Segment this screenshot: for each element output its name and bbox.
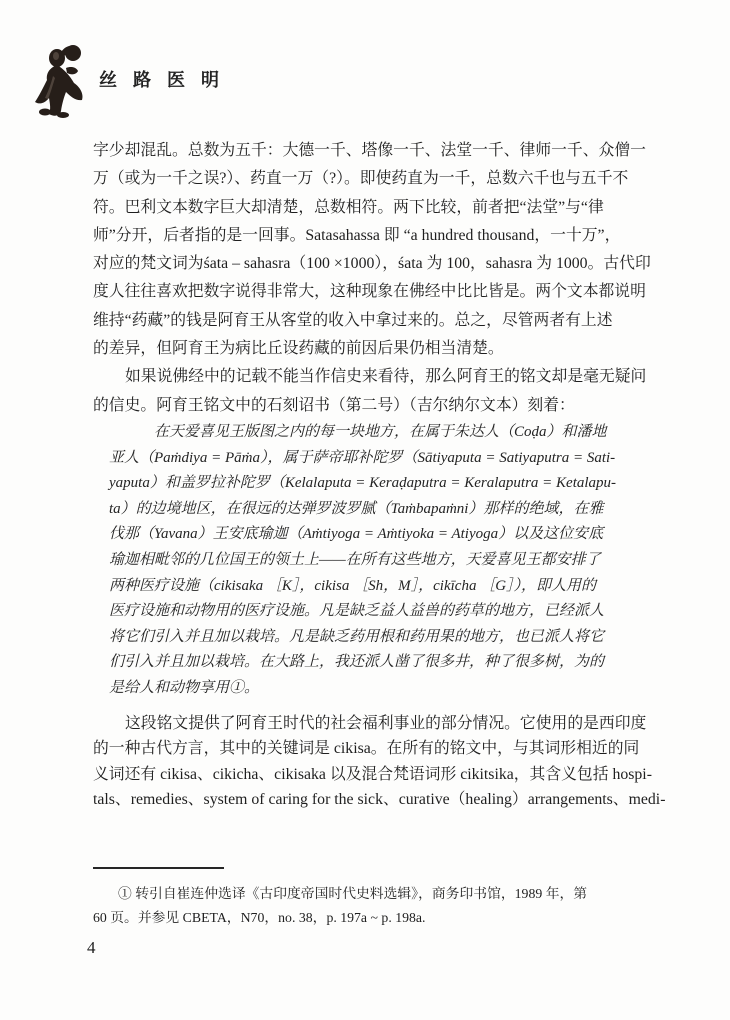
main-text: 字少却混乱。总数为五千：大德一千、塔像一千、法堂一千、律师一千、众僧一万（或为一… bbox=[93, 137, 647, 813]
text-line: 的差异，但阿育王为病比丘设药藏的前因后果仍相当清楚。 bbox=[93, 335, 647, 363]
text-line: ① 转引自崔连仲选译《古印度帝国时代史料选辑》，商务印书馆，1989 年，第 bbox=[93, 882, 649, 906]
text-line: yaputa）和盖罗拉补陀罗（Kelalaputa = Keraḍaputra … bbox=[109, 471, 621, 497]
footnote: ① 转引自崔连仲选译《古印度帝国时代史料选辑》，商务印书馆，1989 年，第60… bbox=[93, 882, 649, 929]
page-number: 4 bbox=[87, 938, 96, 958]
text-line: 的信史。阿育王铭文中的石刻诏书（第二号）（吉尔纳尔文本）刻着： bbox=[93, 392, 647, 420]
text-line: 对应的梵文词为śata – sahasra（100 ×1000），śata 为 … bbox=[93, 250, 647, 278]
text-line: 医疗设施和动物用的医疗设施。凡是缺乏益人益兽的药草的地方，已经派人 bbox=[109, 599, 621, 625]
block-quote-ashoka-edict: 在天爱喜见王版图之内的每一块地方，在属于朱达人（Coḍa）和潘地亚人（Paṁdi… bbox=[109, 420, 621, 702]
text-line: 在天爱喜见王版图之内的每一块地方，在属于朱达人（Coḍa）和潘地 bbox=[109, 420, 621, 446]
text-line: 伐那（Yavana）王安底瑜迦（Aṁtiyoga = Aṁtiyoka = At… bbox=[109, 522, 621, 548]
paragraph-analysis: 这段铭文提供了阿育王时代的社会福利事业的部分情况。它使用的是西印度的一种古代方言… bbox=[93, 711, 647, 813]
text-line: 这段铭文提供了阿育王时代的社会福利事业的部分情况。它使用的是西印度 bbox=[93, 711, 647, 737]
text-line: 亚人（Paṁdiya = Pāṁa），属于萨帝耶补陀罗（Sātiyaputa =… bbox=[109, 446, 621, 472]
text-line: 义词还有 cikisa、cikicha、cikisaka 以及混合梵语词形 ci… bbox=[93, 762, 647, 788]
text-line: 们引入并且加以栽培。在大路上，我还派人凿了很多井，种了很多树，为的 bbox=[109, 650, 621, 676]
text-line: 是给人和动物享用①。 bbox=[109, 676, 621, 702]
text-line: 字少却混乱。总数为五千：大德一千、塔像一千、法堂一千、律师一千、众僧一 bbox=[93, 137, 647, 165]
figurine-logo-icon bbox=[33, 42, 92, 118]
book-page: 丝路医明 字少却混乱。总数为五千：大德一千、塔像一千、法堂一千、律师一千、众僧一… bbox=[0, 0, 730, 1020]
footnote-divider bbox=[93, 867, 224, 869]
text-line: 60 页。并参见 CBETA，N70，no. 38，p. 197a ~ p. 1… bbox=[93, 906, 649, 930]
text-line: tals、remedies、system of caring for the s… bbox=[93, 787, 647, 813]
text-line: 师”分开，后者指的是一回事。Satasahassa 即 “a hundred t… bbox=[93, 222, 647, 250]
paragraph-continuation: 字少却混乱。总数为五千：大德一千、塔像一千、法堂一千、律师一千、众僧一万（或为一… bbox=[93, 137, 647, 363]
text-line: 瑜迦相毗邻的几位国王的领土上——在所有这些地方，天爱喜见王都安排了 bbox=[109, 548, 621, 574]
text-line: 符。巴利文本数字巨大却清楚，总数相符。两下比较，前者把“法堂”与“律 bbox=[93, 194, 647, 222]
text-line: 的一种古代方言，其中的关键词是 cikisa。在所有的铭文中，与其词形相近的同 bbox=[93, 736, 647, 762]
text-line: 两种医疗设施（cikisaka ［K］，cikisa ［Sh，M］，cikīch… bbox=[109, 574, 621, 600]
text-line: ta）的边境地区，在很远的达弹罗波罗腻（Taṁbapaṁni）那样的绝域，在雅 bbox=[109, 497, 621, 523]
running-title: 丝路医明 bbox=[99, 66, 235, 92]
text-line: 将它们引入并且加以栽培。凡是缺乏药用根和药用果的地方，也已派人将它 bbox=[109, 625, 621, 651]
text-line: 维持“药藏”的钱是阿育王从客堂的收入中拿过来的。总之，尽管两者有上述 bbox=[93, 307, 647, 335]
paragraph-inscription-intro: 如果说佛经中的记载不能当作信史来看待，那么阿育王的铭文却是毫无疑问的信史。阿育王… bbox=[93, 363, 647, 420]
text-line: 如果说佛经中的记载不能当作信史来看待，那么阿育王的铭文却是毫无疑问 bbox=[93, 363, 647, 391]
text-line: 万（或为一千之误?）、药直一万（?）。即使药直为一千，总数六千也与五千不 bbox=[93, 165, 647, 193]
text-line: 度人往往喜欢把数字说得非常大，这种现象在佛经中比比皆是。两个文本都说明 bbox=[93, 278, 647, 306]
